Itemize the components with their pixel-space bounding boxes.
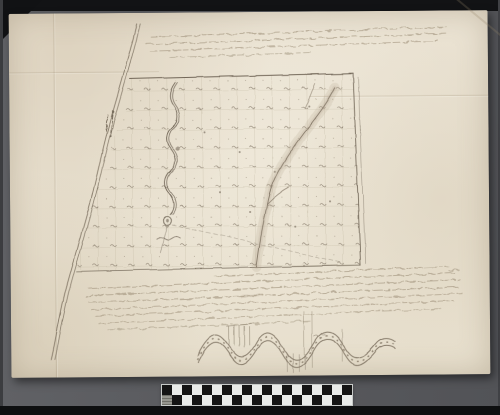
top-handwriting-note	[145, 27, 450, 59]
photo-frame-left	[0, 0, 3, 415]
map-drawing	[9, 10, 491, 378]
dark-word	[448, 269, 460, 271]
pond-mark	[165, 219, 168, 222]
tally-group-west	[227, 324, 251, 347]
scale-bar-row-top	[162, 385, 352, 395]
ink-smudge	[243, 295, 263, 296]
creek-blot	[176, 146, 180, 150]
map-paper	[9, 10, 491, 378]
photo-frame-top	[0, 0, 500, 11]
photo-frame-bottom	[0, 406, 500, 415]
photograph	[0, 0, 500, 415]
body-handwriting-note	[86, 266, 463, 331]
township-grid	[75, 73, 361, 271]
scale-bar-label-cell	[162, 395, 172, 405]
south-river	[198, 332, 395, 369]
section-lines	[304, 311, 342, 367]
photo-scale-bar	[162, 385, 352, 405]
scale-bar-row-bottom	[162, 395, 352, 405]
